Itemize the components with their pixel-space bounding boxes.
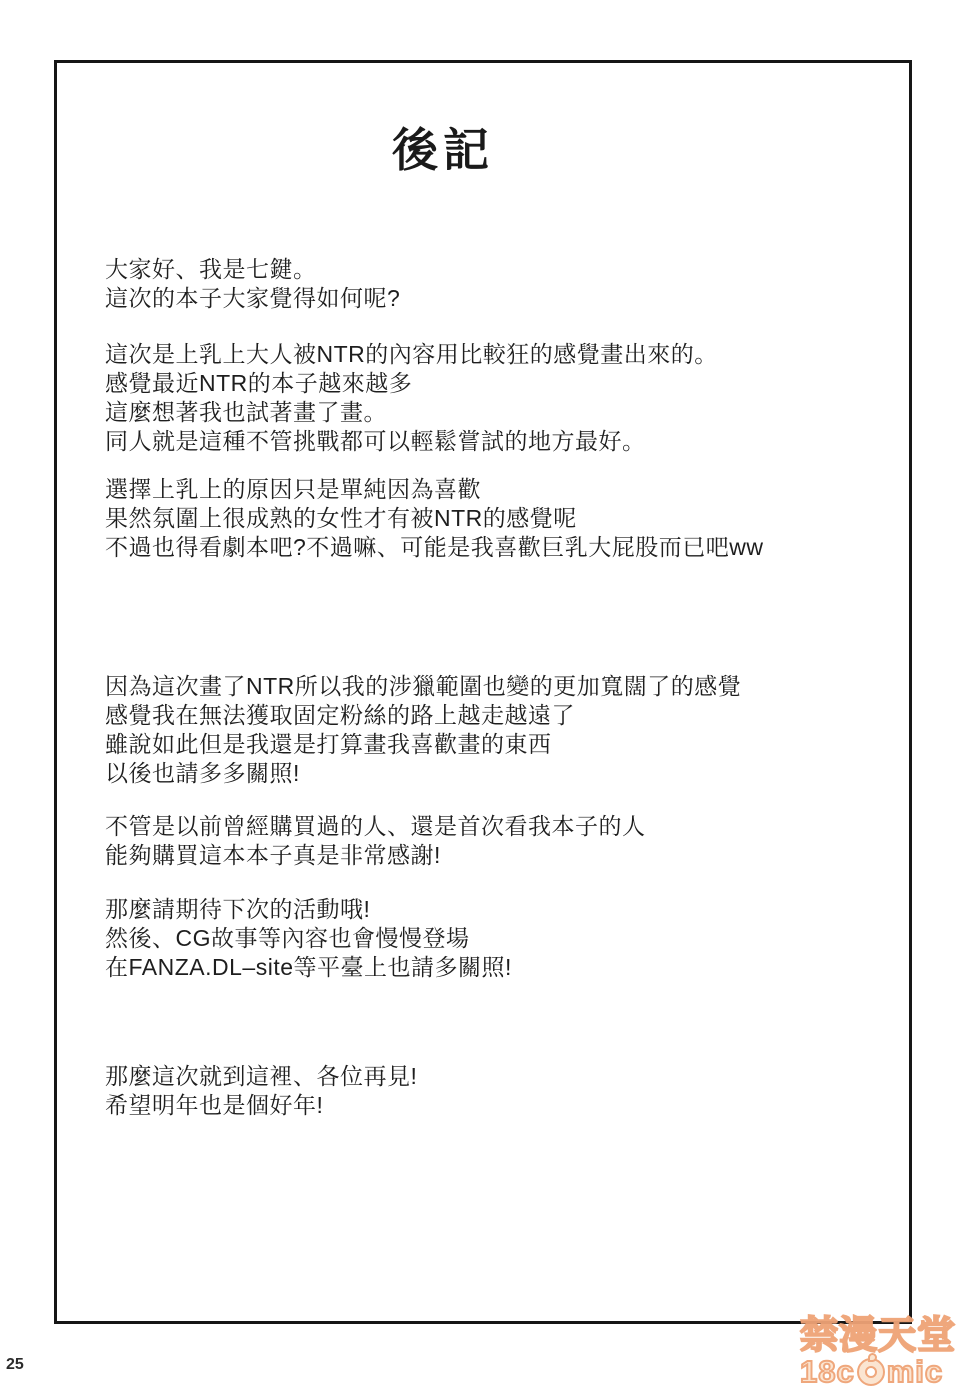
afterword-paragraph-farewell: 那麼這次就到這裡、各位再見! 希望明年也是個好年! bbox=[105, 1062, 417, 1120]
afterword-paragraph-greeting: 大家好、我是七鍵。 這次的本子大家覺得如何呢? bbox=[105, 255, 400, 313]
watermark-logo: 18c mic bbox=[800, 1356, 960, 1388]
afterword-paragraph-reason: 選擇上乳上的原因只是單純因為喜歡 果然氛圍上很成熟的女性才有被NTR的感覺呢 不… bbox=[105, 475, 764, 562]
watermark: 禁漫天堂 18c mic bbox=[800, 1316, 960, 1388]
page-title: 後記 bbox=[392, 114, 494, 180]
whale-mascot-icon bbox=[857, 1358, 885, 1386]
page-number: 25 bbox=[6, 1356, 24, 1374]
watermark-site-name: 禁漫天堂 bbox=[800, 1316, 960, 1356]
watermark-logo-suffix: mic bbox=[887, 1356, 943, 1388]
afterword-paragraph-thanks: 不管是以前曾經購買過的人、還是首次看我本子的人 能夠購買這本本子真是非常感謝! bbox=[105, 812, 646, 870]
afterword-paragraph-ntr-content: 這次是上乳上大人被NTR的內容用比較狂的感覺畫出來的。 感覺最近NTR的本子越來… bbox=[105, 340, 718, 456]
afterword-paragraph-next-event: 那麼請期待下次的活動哦! 然後、CG故事等內容也會慢慢登場 在FANZA.DL–… bbox=[105, 895, 512, 982]
watermark-logo-prefix: 18c bbox=[800, 1356, 855, 1388]
scanned-afterword-page: { "page": { "title": "後記", "page_number"… bbox=[0, 0, 960, 1388]
afterword-paragraph-range: 因為這次畫了NTR所以我的涉獵範圍也變的更加寬闊了的感覺 感覺我在無法獲取固定粉… bbox=[105, 672, 741, 788]
